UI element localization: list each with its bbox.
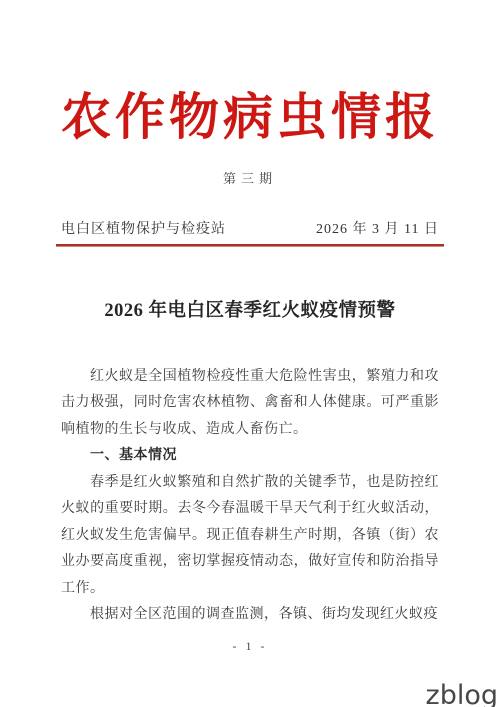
issue-number: 第三期 [61, 171, 439, 187]
watermark-logo: zblog [426, 680, 498, 707]
issuing-org: 电白区植物保护与检疫站 [61, 221, 226, 239]
page-number: - 1 - [61, 639, 439, 654]
meta-row: 电白区植物保护与检疫站 2026 年 3 月 11 日 [61, 221, 439, 239]
article-title: 2026 年电白区春季红火蚁疫情预警 [61, 299, 439, 323]
paragraph-spring-season: 春季是红火蚁繁殖和自然扩散的关键季节，也是防控红火蚁的重要时期。去冬今春温暖干旱… [61, 470, 439, 603]
issue-date: 2026 年 3 月 11 日 [316, 221, 439, 239]
masthead-title: 农作物病虫情报 [61, 86, 439, 149]
section-heading-basic-situation: 一、基本情况 [61, 443, 439, 470]
paragraph-intro: 红火蚁是全国植物检疫性重大危险性害虫，繁殖力和攻击力极强，同时危害农林植物、禽畜… [61, 364, 439, 444]
document-page: 农作物病虫情报 第三期 电白区植物保护与检疫站 2026 年 3 月 11 日 … [0, 0, 500, 707]
paragraph-survey: 根据对全区范围的调查监测，各镇、街均发现红火蚁疫 [61, 602, 439, 629]
red-divider [56, 244, 444, 247]
article-body: 红火蚁是全国植物检疫性重大危险性害虫，繁殖力和攻击力极强，同时危害农林植物、禽畜… [61, 364, 439, 629]
